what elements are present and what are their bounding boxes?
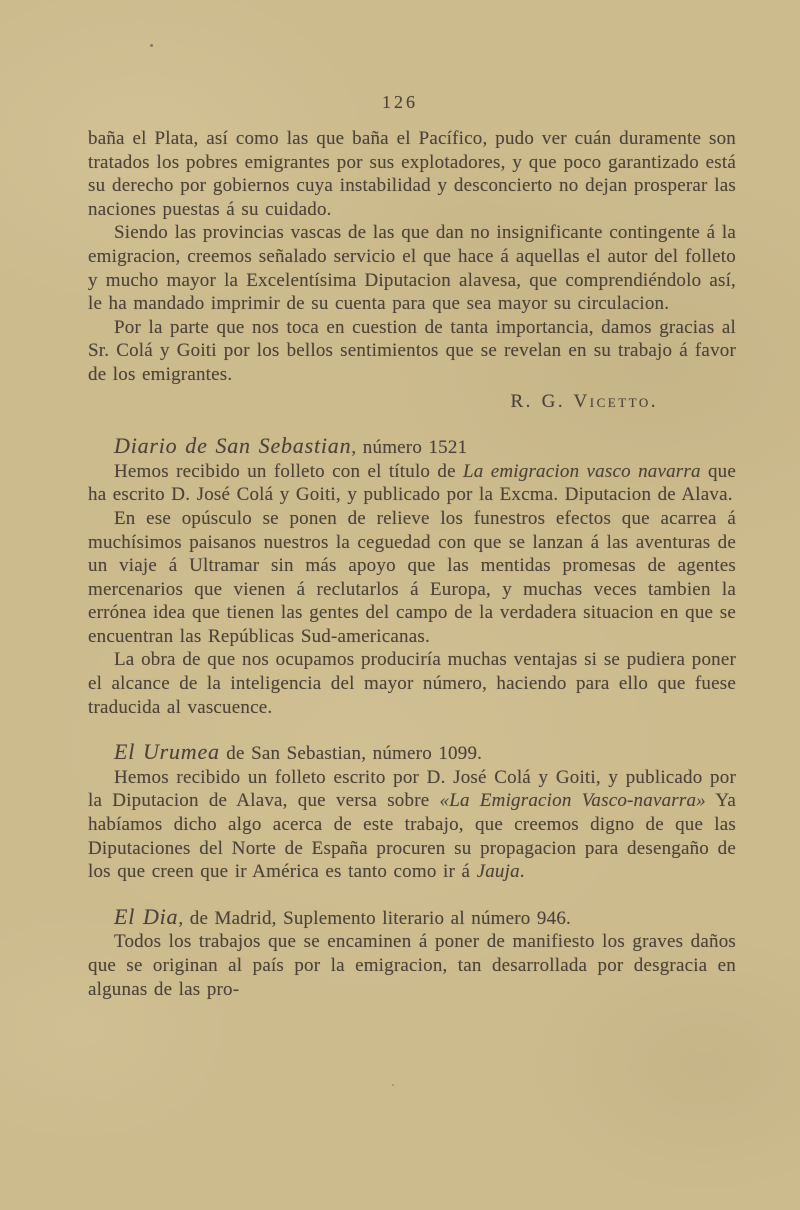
paragraph-urumea-review: Hemos recibido un folleto escrito por D.…	[88, 766, 736, 884]
text-run: La emigracion vasco navarra	[463, 461, 701, 482]
text-run: Todos los trabajos que se encaminen á po…	[88, 931, 736, 999]
text-run: Por la parte que nos toca en cuestion de…	[88, 317, 736, 385]
text-run: Siendo las provincias vascas de las que …	[88, 222, 736, 314]
paper-speck	[392, 1084, 394, 1086]
paragraph-opusculo: En ese opúsculo se ponen de relieve los …	[88, 507, 736, 649]
text-run: baña el Plata, así como las que baña el …	[88, 128, 736, 220]
text-run: , de Madrid, Suplemento literario al núm…	[178, 908, 571, 929]
text-run: «La Emigracion Vasco-navarra»	[440, 790, 706, 811]
heading-diario-san-sebastian: Diario de San Sebastian, número 1521	[88, 434, 736, 460]
text-run: , número 1521	[351, 437, 467, 458]
text-block: baña el Plata, así como las que baña el …	[88, 127, 736, 1001]
text-run: Jauja	[477, 861, 520, 882]
text-run: de San Sebastian, número 1099.	[220, 743, 482, 764]
text-run: La obra de que nos ocupamos produciría m…	[88, 649, 736, 717]
text-run: El Urumea	[114, 739, 220, 764]
paragraph-gracias: Por la parte que nos toca en cuestion de…	[88, 316, 736, 387]
heading-el-dia: El Dia, de Madrid, Suplemento literario …	[88, 905, 736, 931]
paragraph-provincias-vascas: Siendo las provincias vascas de las que …	[88, 221, 736, 315]
text-run: Diario de San Sebastian	[114, 433, 351, 458]
paper-speck	[150, 44, 153, 47]
page-number: 126	[0, 0, 800, 113]
scanned-book-page: 126 baña el Plata, así como las que baña…	[0, 0, 800, 1210]
signature-vicetto: R. G. Vicetto.	[88, 390, 736, 414]
text-run: R. G. Vicetto.	[511, 391, 659, 412]
heading-el-urumea: El Urumea de San Sebastian, número 1099.	[88, 740, 736, 766]
paragraph-folleto-titulo: Hemos recibido un folleto con el título …	[88, 460, 736, 507]
text-run: Hemos recibido un folleto con el título …	[114, 461, 463, 482]
paragraph-continuation: baña el Plata, así como las que baña el …	[88, 127, 736, 221]
paragraph-el-dia-review: Todos los trabajos que se encaminen á po…	[88, 930, 736, 1001]
text-run: .	[520, 861, 525, 882]
text-run: En ese opúsculo se ponen de relieve los …	[88, 508, 736, 647]
paragraph-obra-ventajas: La obra de que nos ocupamos produciría m…	[88, 648, 736, 719]
text-run: El Dia	[114, 904, 178, 929]
